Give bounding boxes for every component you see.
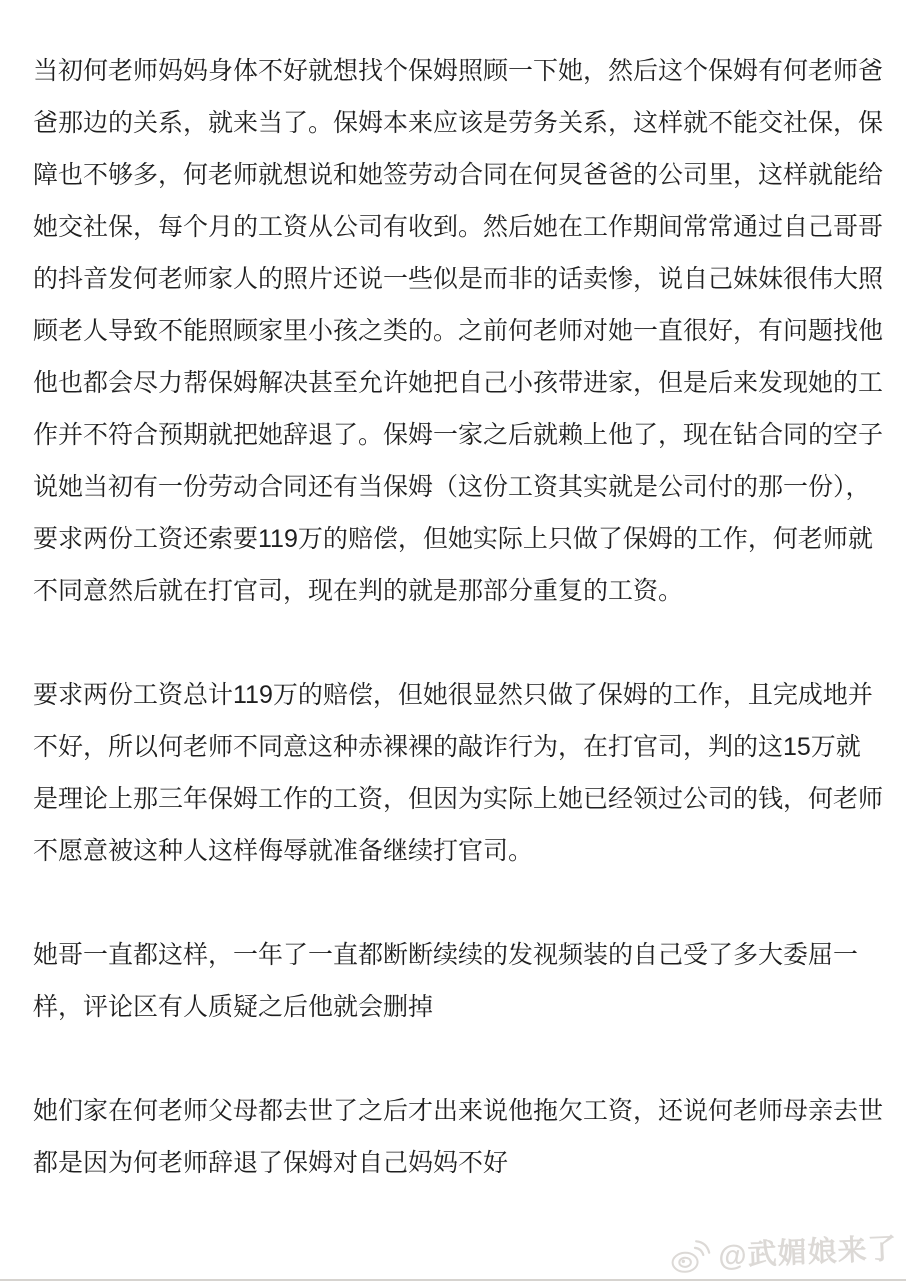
text-line: 他也都会尽力帮保姆解决甚至允许她把自己小孩带进家，但是后来发现她的工 bbox=[33, 357, 883, 409]
text-line: 她们家在何老师父母都去世了之后才出来说他拖欠工资，还说何老师母亲去世 bbox=[33, 1085, 883, 1137]
text-line: 不好，所以何老师不同意这种赤裸裸的敲诈行为，在打官司，判的这15万就 bbox=[33, 721, 883, 773]
post-text: 当初何老师妈妈身体不好就想找个保姆照顾一下她，然后这个保姆有何老师爸 爸那边的关… bbox=[33, 45, 883, 1241]
text-line: 作并不符合预期就把她辞退了。保姆一家之后就赖上他了，现在钻合同的空子 bbox=[33, 409, 883, 461]
watermark: @武媚娘来了 bbox=[668, 1226, 898, 1277]
paragraph-4: 她们家在何老师父母都去世了之后才出来说他拖欠工资，还说何老师母亲去世 都是因为何… bbox=[33, 1085, 883, 1189]
paragraph-3: 她哥一直都这样，一年了一直都断断续续的发视频装的自己受了多大委屈一 样，评论区有… bbox=[33, 929, 883, 1033]
text-post-image: 当初何老师妈妈身体不好就想找个保姆照顾一下她，然后这个保姆有何老师爸 爸那边的关… bbox=[0, 0, 906, 1281]
text-line: 的抖音发何老师家人的照片还说一些似是而非的话卖惨，说自己妹妹很伟大照 bbox=[33, 253, 883, 305]
text-line: 样，评论区有人质疑之后他就会删掉 bbox=[33, 981, 883, 1033]
text-line: 要求两份工资总计119万的赔偿，但她很显然只做了保姆的工作，且完成地并 bbox=[33, 669, 883, 721]
text-line: 当初何老师妈妈身体不好就想找个保姆照顾一下她，然后这个保姆有何老师爸 bbox=[33, 45, 883, 97]
weibo-eye-icon bbox=[668, 1237, 712, 1275]
text-line: 是理论上那三年保姆工作的工资，但因为实际上她已经领过公司的钱，何老师 bbox=[33, 773, 883, 825]
paragraph-1: 当初何老师妈妈身体不好就想找个保姆照顾一下她，然后这个保姆有何老师爸 爸那边的关… bbox=[33, 45, 883, 617]
paragraph-2: 要求两份工资总计119万的赔偿，但她很显然只做了保姆的工作，且完成地并 不好，所… bbox=[33, 669, 883, 877]
text-line: 都是因为何老师辞退了保姆对自己妈妈不好 bbox=[33, 1137, 883, 1189]
text-line: 障也不够多，何老师就想说和她签劳动合同在何炅爸爸的公司里，这样就能给 bbox=[33, 149, 883, 201]
watermark-handle: @武媚娘来了 bbox=[717, 1226, 898, 1275]
text-line: 她哥一直都这样，一年了一直都断断续续的发视频装的自己受了多大委屈一 bbox=[33, 929, 883, 981]
text-line: 说她当初有一份劳动合同还有当保姆（这份工资其实就是公司付的那一份）， bbox=[33, 461, 883, 513]
text-line: 顾老人导致不能照顾家里小孩之类的。之前何老师对她一直很好，有问题找他 bbox=[33, 305, 883, 357]
text-line: 要求两份工资还索要119万的赔偿，但她实际上只做了保姆的工作，何老师就 bbox=[33, 513, 883, 565]
text-line: 不愿意被这种人这样侮辱就准备继续打官司。 bbox=[33, 825, 883, 877]
text-line: 她交社保，每个月的工资从公司有收到。然后她在工作期间常常通过自己哥哥 bbox=[33, 201, 883, 253]
text-line: 不同意然后就在打官司，现在判的就是那部分重复的工资。 bbox=[33, 565, 883, 617]
text-line: 爸那边的关系，就来当了。保姆本来应该是劳务关系，这样就不能交社保，保 bbox=[33, 97, 883, 149]
